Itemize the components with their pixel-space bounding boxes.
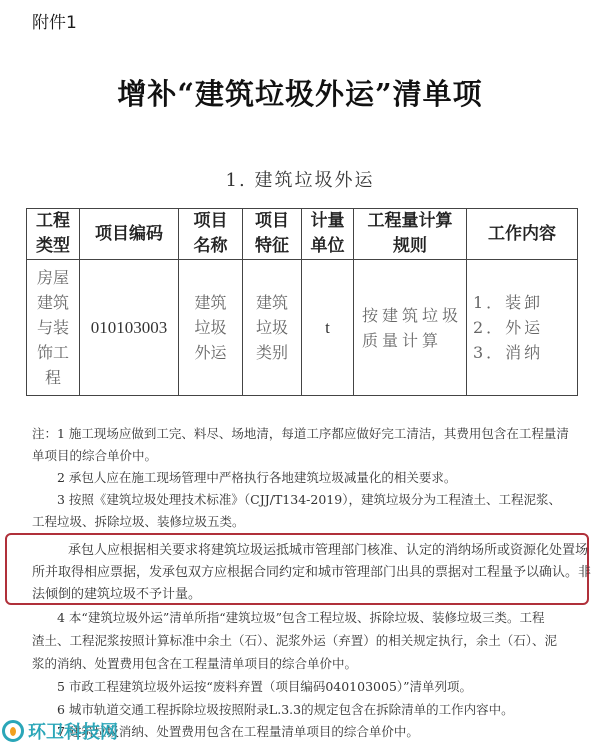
- note-1-line-2: 单项目的综合单价中。: [32, 446, 157, 464]
- header-project-type: 工程 类型: [27, 209, 80, 260]
- section-subtitle: 1. 建筑垃圾外运: [0, 166, 600, 192]
- header-item-name: 项目 名称: [179, 209, 243, 260]
- cell-unit: t: [302, 260, 354, 396]
- table-header-row: 工程 类型 项目编码 项目 名称 项目 特征 计量 单位 工程量计算 规则 工作…: [27, 209, 578, 260]
- note-4-line-2: 渣土、工程泥浆按照计算标准中余土（石）、泥浆外运（弃置）的相关规定执行，余土（石…: [32, 631, 557, 649]
- header-item-feature: 项目 特征: [243, 209, 302, 260]
- table-row: 房屋 建筑 与装 饰工 程 010103003 建筑 垃圾 外运 建筑 垃圾 类…: [27, 260, 578, 396]
- header-unit: 计量 单位: [302, 209, 354, 260]
- note-6: 6 城市轨道交通工程拆除垃圾按照附录L.3.3的规定包含在拆除清单的工作内容中。: [57, 700, 514, 718]
- header-work-content: 工作内容: [467, 209, 578, 260]
- highlighted-note-line-3: 法倾倒的建筑垃圾不予计量。: [32, 583, 201, 602]
- note-2: 2 承包人应在施工现场管理中严格执行各地建筑垃圾减量化的相关要求。: [57, 468, 456, 486]
- cell-project-type: 房屋 建筑 与装 饰工 程: [27, 260, 80, 396]
- note-4-line-1: 4 本“建筑垃圾外运”清单所指“建筑垃圾”包含工程垃圾、拆除垃圾、装修垃圾三类。…: [57, 608, 545, 626]
- note-3-line-2: 工程垃圾、拆除垃圾、装修垃圾五类。: [32, 512, 245, 530]
- document-title: 增补“建筑垃圾外运”清单项: [0, 72, 600, 113]
- note-5: 5 市政工程建筑垃圾外运按“废料弃置（项目编码040103005）”清单列项。: [57, 677, 472, 695]
- attachment-label: 附件1: [32, 8, 77, 33]
- header-calc-rule: 工程量计算 规则: [354, 209, 467, 260]
- water-drop-logo-icon: [2, 720, 24, 742]
- note-4-line-3: 浆的消纳、处置费用包含在工程量清单项目的综合单价中。: [32, 654, 357, 672]
- bill-item-table: 工程 类型 项目编码 项目 名称 项目 特征 计量 单位 工程量计算 规则 工作…: [26, 208, 578, 396]
- cell-item-name: 建筑 垃圾 外运: [179, 260, 243, 396]
- watermark-text: 环卫科技网: [28, 718, 118, 744]
- note-3-line-1: 3 按照《建筑垃圾处理技术标准》（CJJ/T134-2019），建筑垃圾分为工程…: [57, 490, 561, 508]
- cell-item-code: 010103003: [80, 260, 179, 396]
- highlighted-note-line-1: 承包人应根据相关要求将建筑垃圾运抵城市管理部门核准、认定的消纳场所或资源化处置场: [68, 539, 588, 558]
- header-item-code: 项目编码: [80, 209, 179, 260]
- highlighted-note-line-2: 所并取得相应票据，发承包双方应根据合同约定和城市管理部门出具的票据对工程量予以确…: [32, 561, 591, 580]
- cell-work-content: 1．装卸 2．外运 3．消纳: [467, 260, 578, 396]
- cell-calc-rule: 按建筑垃圾 质量计算: [354, 260, 467, 396]
- watermark: 环卫科技网: [2, 718, 118, 744]
- note-1-line-1: 注：1 施工现场应做到工完、料尽、场地清，每道工序都应做好完工清洁，其费用包含在…: [32, 424, 569, 442]
- cell-item-feature: 建筑 垃圾 类别: [243, 260, 302, 396]
